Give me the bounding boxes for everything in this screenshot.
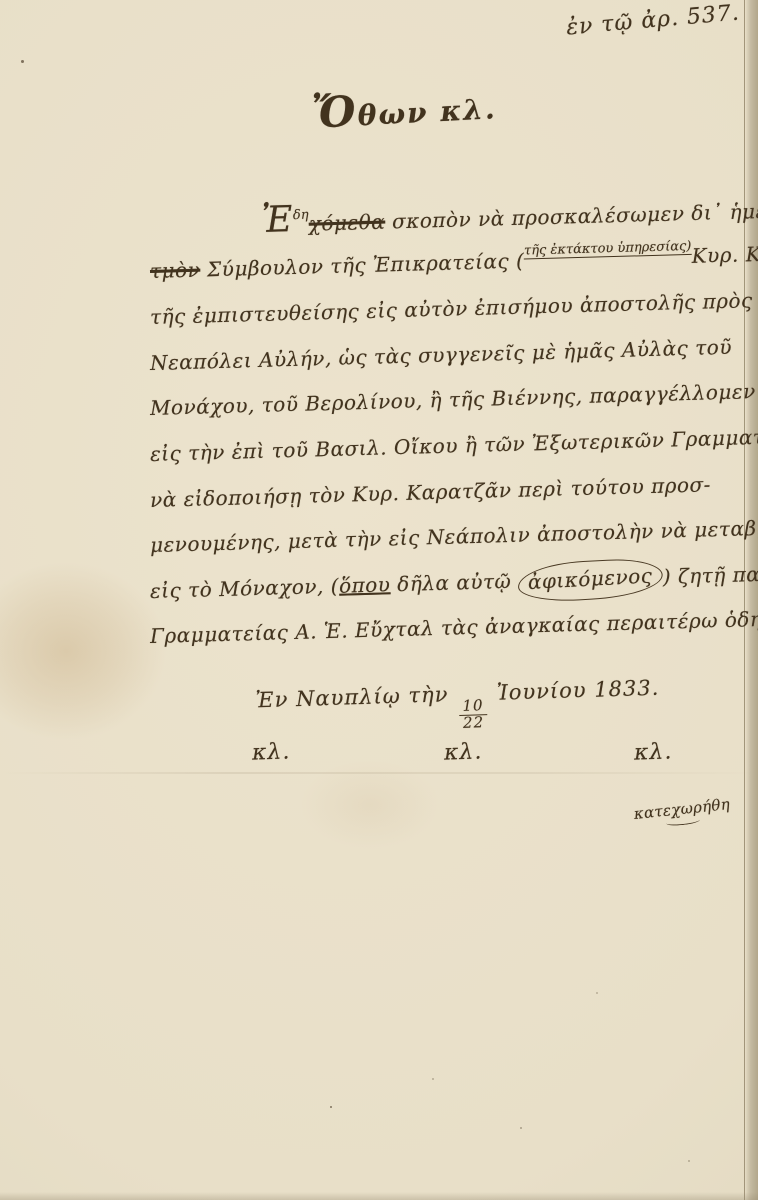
text-segment: Σύμβουλον τῆς Ἐπικρατείας ( <box>200 249 525 282</box>
text-segment: νὰ εἰδοποιήσῃ τὸν Κυρ. Καρατζᾶν περὶ τού… <box>150 472 712 512</box>
dateline-place: Ἐν Ναυπλίῳ τὴν <box>255 682 448 712</box>
manuscript-line: τῆς ἐμπιστευθείσης εἰς αὐτὸν ἐπισήμου ἀπ… <box>150 281 758 334</box>
paper-speck <box>688 1160 690 1162</box>
text-segment: τῆς ἐμπιστευθείσης εἰς αὐτὸν ἐπισήμου ἀπ… <box>150 286 758 329</box>
clerk-paraph: κατεχωρήθη <box>633 795 732 830</box>
signature-abbrev-mark: κλ. <box>252 739 291 765</box>
text-segment: Νεαπόλει Αὐλήν, ὡς τὰς συγγενεῖς μὲ ἡμᾶς… <box>150 335 733 375</box>
interlinear-insertion: δη <box>292 199 309 233</box>
manuscript-line: εἰς τὸ Μόναχον, (ὅπου δῆλα αὐτῷ ἀφικόμεν… <box>149 554 758 612</box>
manuscript-line: Νεαπόλει Αὐλήν, ὡς τὰς συγγενεῖς μὲ ἡμᾶς… <box>150 330 733 380</box>
date-fraction: 10 22 <box>459 698 487 731</box>
paper-speck <box>596 992 598 994</box>
text-segment: εἰς τὸ Μόναχον, ( <box>150 574 340 603</box>
struck-word: τμὸν <box>150 258 201 283</box>
text-segment: Κυρ. Καρατζᾶν, ἅμα ληξάσης <box>691 235 758 268</box>
text-segment: Μονάχου, τοῦ Βερολίνου, ἢ τῆς Βιέννης, π… <box>150 379 756 420</box>
manuscript-line: Ἐδηχόμεθα σκοπὸν νὰ προσκαλέσωμεν δι᾽ ἡμ… <box>261 191 758 246</box>
signature-abbrev-mark: κλ. <box>634 739 673 765</box>
text-segment: ὅπου <box>339 572 391 597</box>
signature-abbrev-mark: κλ. <box>444 739 483 765</box>
manuscript-line: Μονάχου, τοῦ Βερολίνου, ἢ τῆς Βιέννης, π… <box>150 374 757 425</box>
circled-correction: ἀφικόμενος <box>517 557 664 604</box>
document-heading: Ὄθων κλ. <box>311 79 498 138</box>
struck-word: χόμεθα <box>308 210 385 236</box>
text-segment: Γραμματείας Α. Ἑ. Εὔχταλ τὰς ἀναγκαίας π… <box>150 605 758 648</box>
manuscript-page: ἐν τῷ ἀρ. 537. Ὄθων κλ. Ἐδηχόμεθα σκοπὸν… <box>0 0 758 1200</box>
date-day-gregorian: 22 <box>463 715 485 731</box>
archive-number-note: ἐν τῷ ἀρ. 537. <box>565 0 741 40</box>
text-segment: σκοπὸν νὰ προσκαλέσωμεν δι᾽ ἡμετέρου τὸν <box>385 196 758 234</box>
manuscript-line: μενουμένης, μετὰ τὴν εἰς Νεάπολιν ἀποστο… <box>150 511 758 562</box>
dateline-month-year: Ἰουνίου 1833. <box>496 676 659 705</box>
scan-edge-right <box>744 0 758 1200</box>
paper-speck <box>330 1106 332 1108</box>
text-segment: μενουμένης, μετὰ τὴν εἰς Νεάπολιν ἀποστο… <box>150 516 758 557</box>
signature-row: κλ.κλ.κλ. <box>0 740 758 780</box>
text-segment: ) ζητῇ παρὰ τῆς <box>662 560 758 589</box>
dateline: Ἐν Ναυπλίῳ τὴν 10 22 Ἰουνίου 1833. <box>255 676 660 738</box>
text-segment: δῆλα αὐτῷ <box>390 569 518 597</box>
scan-edge-bottom <box>0 1192 758 1200</box>
paper-stain <box>0 562 166 740</box>
paper-speck <box>520 1127 522 1129</box>
manuscript-line: εἰς τὴν ἐπὶ τοῦ Βασιλ. Οἴκου ἢ τῶν Ἐξωτε… <box>150 419 758 471</box>
manuscript-line: νὰ εἰδοποιήσῃ τὸν Κυρ. Καρατζᾶν περὶ τού… <box>150 467 712 517</box>
interlinear-insertion: τῆς ἐκτάκτου ὑπηρεσίας) <box>524 240 692 260</box>
paper-speck <box>21 60 24 63</box>
text-segment: εἰς τὴν ἐπὶ τοῦ Βασιλ. Οἴκου ἢ τῶν Ἐξωτε… <box>150 424 758 466</box>
text-segment: Ἐ <box>261 199 293 241</box>
paper-speck <box>432 1078 434 1080</box>
